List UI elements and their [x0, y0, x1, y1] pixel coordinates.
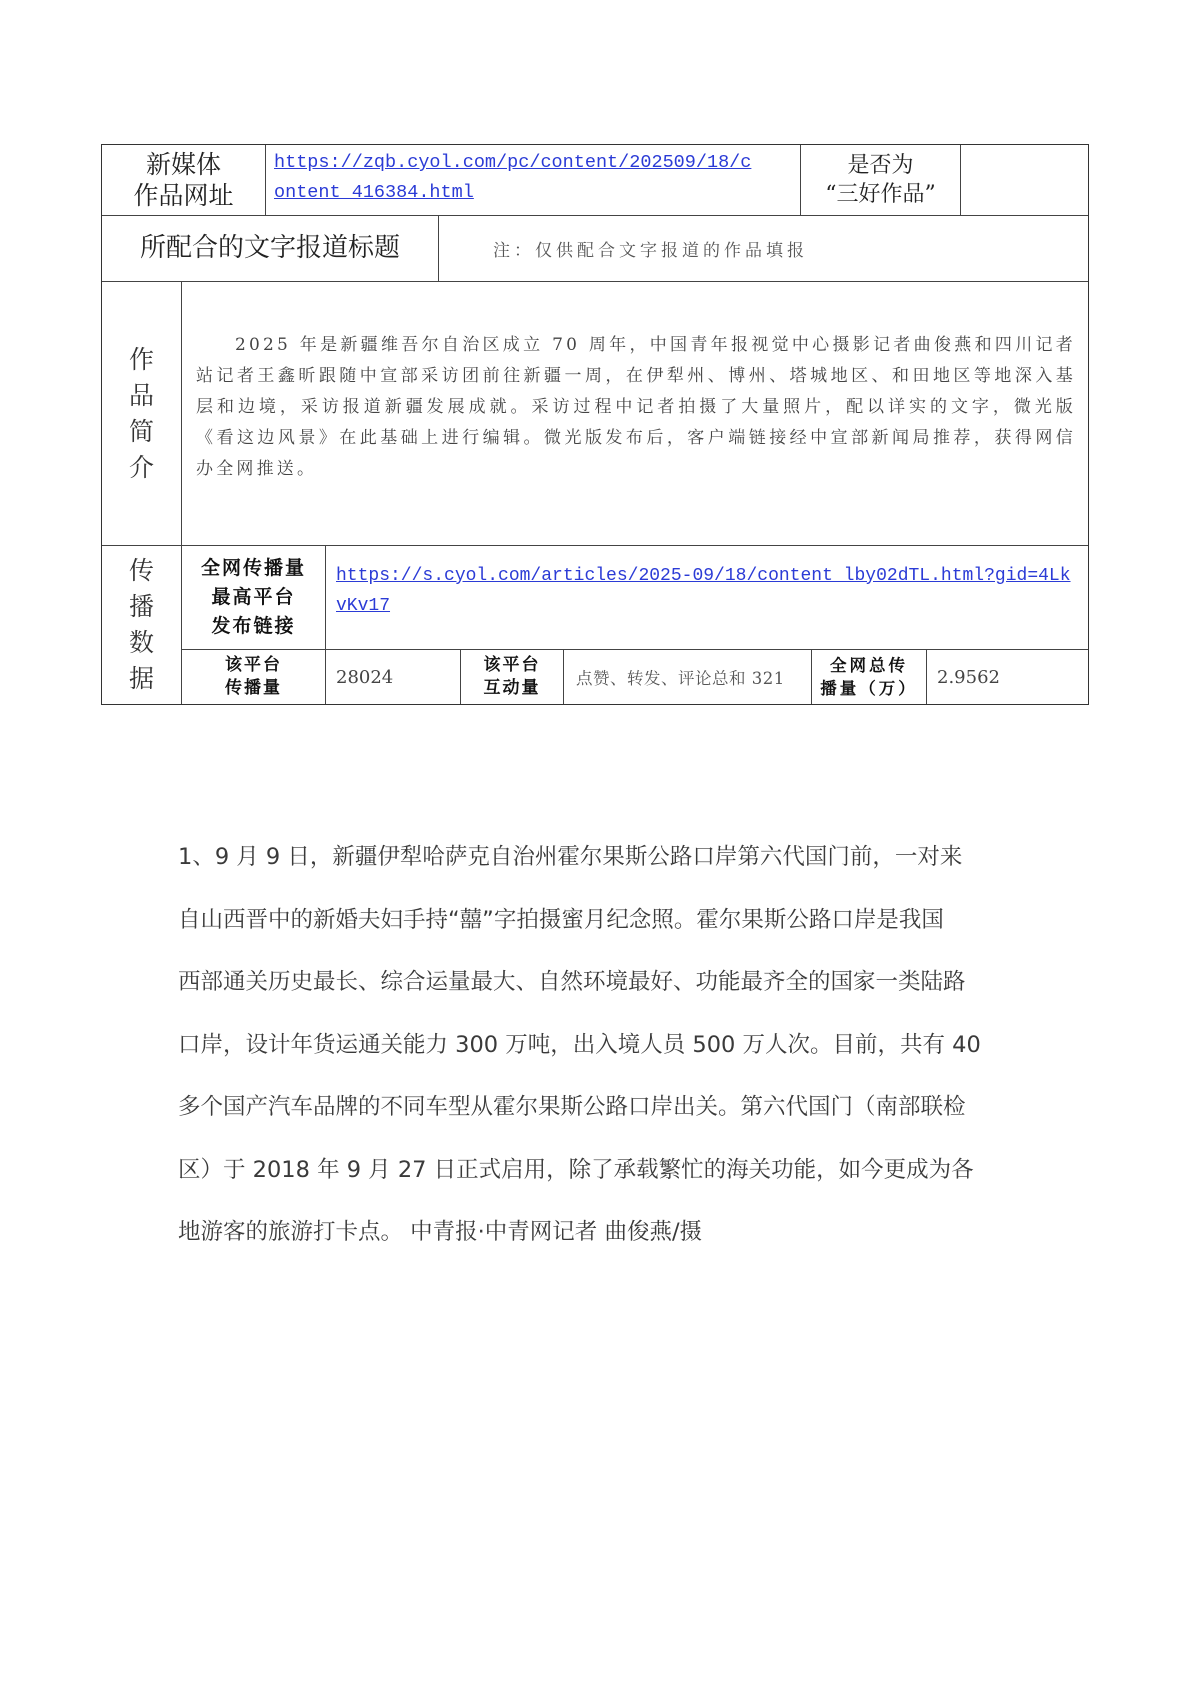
report-title-label: 所配合的文字报道标题	[140, 233, 400, 264]
platform-interaction-value-cell: 点赞、转发、评论总和 321	[564, 649, 812, 704]
total-reach-value: 2.9562	[937, 667, 1000, 688]
caption-line: 西部通关历史最长、综合运量最大、自然环境最好、功能最齐全的国家一类陆路	[178, 951, 1020, 1014]
caption-line: 口岸，设计年货运通关能力 300 万吨，出入境人员 500 万人次。目前，共有 …	[178, 1014, 1020, 1077]
document-page: 新媒体 作品网址 https://zqb.cyol.com/pc/content…	[0, 0, 1190, 1683]
url-value-cell: https://zqb.cyol.com/pc/content/202509/1…	[266, 145, 801, 215]
media-work-url-link[interactable]: https://zqb.cyol.com/pc/content/202509/1…	[274, 148, 754, 208]
intro-label-cell: 作 品 简 介	[102, 281, 182, 545]
spread-label-cell: 传 播 数 据	[102, 545, 182, 704]
platform-interaction-label-cell: 该平台 互动量	[461, 649, 564, 704]
platform-interaction-value: 点赞、转发、评论总和 321	[576, 665, 785, 689]
caption-line: 1、9 月 9 日，新疆伊犁哈萨克自治州霍尔果斯公路口岸第六代国门前，一对来	[178, 826, 1020, 889]
top-platform-url-cell: https://s.cyol.com/articles/2025-09/18/c…	[326, 545, 1088, 649]
platform-reach-value: 28024	[336, 667, 393, 688]
three-good-label-line2: “三好作品”	[825, 180, 936, 209]
three-good-label-cell: 是否为 “三好作品”	[801, 145, 961, 215]
top-platform-label-cell: 全网传播量 最高平台 发布链接	[182, 545, 326, 649]
photo-caption-paragraph: 1、9 月 9 日，新疆伊犁哈萨克自治州霍尔果斯公路口岸第六代国门前，一对来 自…	[178, 826, 1020, 1264]
report-title-label-cell: 所配合的文字报道标题	[102, 215, 439, 281]
url-label-line2: 作品网址	[133, 180, 233, 211]
caption-line: 自山西晋中的新婚夫妇手持“囍”字拍摄蜜月纪念照。霍尔果斯公路口岸是我国	[178, 889, 1020, 952]
three-good-label-line1: 是否为	[847, 151, 913, 180]
total-reach-value-cell: 2.9562	[927, 649, 1088, 704]
intro-label: 作 品 简 介	[102, 342, 181, 486]
caption-line: 地游客的旅游打卡点。 中青报·中青网记者 曲俊燕/摄	[178, 1201, 1020, 1264]
caption-line: 多个国产汽车品牌的不同车型从霍尔果斯公路口岸出关。第六代国门（南部联检	[178, 1076, 1020, 1139]
spread-label: 传 播 数 据	[102, 553, 181, 697]
url-label-line1: 新媒体	[146, 149, 221, 180]
report-title-value-cell[interactable]: 注：仅供配合文字报道的作品填报	[439, 215, 1088, 281]
total-reach-label-cell: 全网总传 播量（万）	[812, 649, 927, 704]
submission-form-table: 新媒体 作品网址 https://zqb.cyol.com/pc/content…	[101, 144, 1089, 705]
intro-text: 2025 年是新疆维吾尔自治区成立 70 周年，中国青年报视觉中心摄影记者曲俊燕…	[196, 330, 1076, 485]
platform-reach-value-cell: 28024	[326, 649, 461, 704]
three-good-value-cell[interactable]	[961, 145, 1088, 215]
intro-text-cell: 2025 年是新疆维吾尔自治区成立 70 周年，中国青年报视觉中心摄影记者曲俊燕…	[182, 281, 1088, 545]
caption-line: 区）于 2018 年 9 月 27 日正式启用，除了承载繁忙的海关功能，如今更成…	[178, 1139, 1020, 1202]
platform-reach-label-cell: 该平台 传播量	[182, 649, 326, 704]
top-platform-url-link[interactable]: https://s.cyol.com/articles/2025-09/18/c…	[336, 561, 1076, 621]
url-label-cell: 新媒体 作品网址	[102, 145, 266, 215]
report-title-note: 注：仅供配合文字报道的作品填报	[493, 236, 808, 261]
